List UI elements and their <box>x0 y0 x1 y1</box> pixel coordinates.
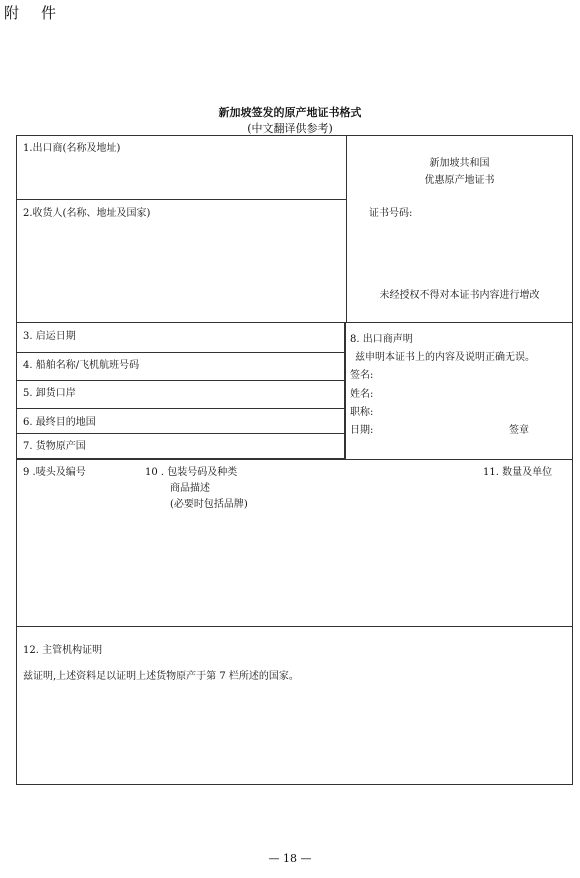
document-title: 新加坡签发的原产地证书格式 <box>0 104 580 120</box>
box-origin-country: 7. 货物原产国 <box>16 433 346 459</box>
cert-number-label: 证书号码: <box>369 204 412 219</box>
box-port-discharge: 5. 卸货口岸 <box>16 380 346 409</box>
box-goods: 9 .唛头及编号 10 . 包装号码及种类 商品描述 (必要时包括品牌) 11.… <box>16 459 573 627</box>
box-consignee-label: 2.收货人(名称、地址及国家) <box>23 204 150 219</box>
authority-statement: 兹证明,上述资料足以证明上述货物原产于第 7 栏所述的国家。 <box>23 667 299 682</box>
marks-numbers-label: 9 .唛头及编号 <box>23 463 86 478</box>
seal-label: 签章 <box>509 421 529 436</box>
declaration-statement: 兹申明本证书上的内容及说明正确无误。 <box>355 348 535 363</box>
date-label: 日期: <box>350 421 373 436</box>
brand-note-label: (必要时包括品牌) <box>170 495 248 510</box>
box-port-discharge-label: 5. 卸货口岸 <box>23 384 76 399</box>
packages-label: 10 . 包装号码及种类 <box>145 463 237 478</box>
signature-label: 签名: <box>350 366 373 381</box>
box-authority-certification: 12. 主管机构证明 兹证明,上述资料足以证明上述货物原产于第 7 栏所述的国家… <box>16 626 573 785</box>
box-departure-date: 3. 启运日期 <box>16 322 346 353</box>
box-origin-country-label: 7. 货物原产国 <box>23 437 86 452</box>
box-destination-label: 6. 最终目的地国 <box>23 413 96 428</box>
cert-warning: 未经授权不得对本证书内容进行增改 <box>347 286 572 301</box>
box-departure-date-label: 3. 启运日期 <box>23 327 76 342</box>
cert-country: 新加坡共和国 <box>347 154 572 169</box>
box-exporter: 1.出口商(名称及地址) <box>16 135 347 200</box>
box-vessel-label: 4. 船舶名称/飞机航班号码 <box>23 356 139 371</box>
attachment-char-2: 件 <box>41 4 56 22</box>
box-destination: 6. 最终目的地国 <box>16 408 346 434</box>
cert-type: 优惠原产地证书 <box>347 171 572 186</box>
job-title-label: 职称: <box>350 403 373 418</box>
document-subtitle: (中文翻译供参考) <box>0 120 580 136</box>
box-consignee: 2.收货人(名称、地址及国家) <box>16 199 347 323</box>
attachment-label: 附件 <box>4 2 78 23</box>
attachment-char-1: 附 <box>4 4 19 22</box>
page-number: — 18 — <box>0 852 580 865</box>
box-exporter-declaration: 8. 出口商声明 兹申明本证书上的内容及说明正确无误。 签名: 姓名: 职称: … <box>344 322 573 460</box>
box-exporter-label: 1.出口商(名称及地址) <box>23 139 120 154</box>
goods-description-label: 商品描述 <box>170 479 210 494</box>
declaration-label: 8. 出口商声明 <box>350 330 413 345</box>
authority-label: 12. 主管机构证明 <box>23 641 102 656</box>
name-label: 姓名: <box>350 385 373 400</box>
quantity-unit-label: 11. 数量及单位 <box>483 463 552 478</box>
box-vessel: 4. 船舶名称/飞机航班号码 <box>16 352 346 381</box>
certificate-header: 新加坡共和国 优惠原产地证书 证书号码: 未经授权不得对本证书内容进行增改 <box>346 135 573 323</box>
